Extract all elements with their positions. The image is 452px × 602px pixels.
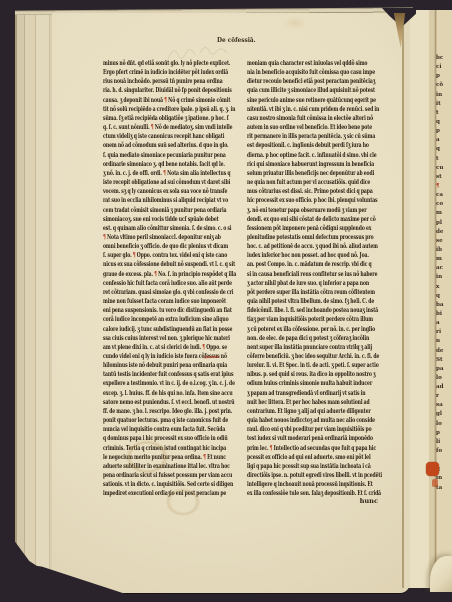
text-line: ſ. quia mediato simoniace pecuniaria pun…: [103, 151, 223, 160]
text-line: casu nostro simonia fuit cõmissa in elec…: [247, 114, 378, 123]
text-line: rat suo in ecclia nihilominus si aliquid…: [103, 196, 223, 205]
text-line: sūma. ſʒ etiã recipiēda obligatiõe ʒ ipa…: [103, 114, 223, 123]
rubric-pilcrow: ¶: [270, 444, 273, 452]
fore-edge-fragment: cu: [436, 164, 452, 173]
fore-edge-fragment: in: [436, 91, 452, 100]
fore-edge-fragment: r: [436, 392, 452, 401]
text-line: satore nemo est puniendus. ſ. vt eccl. b…: [103, 398, 223, 407]
fore-edge-fragment: a: [436, 136, 452, 145]
rubric-pilcrow: ¶: [151, 123, 154, 131]
fore-edge-fragment: ci: [436, 63, 452, 72]
text-line: põt perdere super illa instātia cõtra re…: [247, 288, 378, 297]
rubric-pilcrow: ¶: [163, 169, 166, 177]
catchword: hunc: [350, 497, 378, 505]
fore-edge-fragment: de: [436, 347, 452, 356]
text-line: iureiur. li. vi. Et Spec. in ti. de acti…: [247, 361, 378, 370]
text-line: le negocium merito punitur pena ordina. …: [103, 453, 223, 462]
fore-edge-fragment: lo: [436, 420, 452, 429]
text-line: ¶ Nota vltimo peril simoniaccl. deponitu…: [103, 233, 223, 242]
text-line: fessionem põt imponere penā cõdigni supp…: [247, 224, 378, 233]
text-line: odium huius criminis simonie multa habui…: [247, 379, 378, 388]
text-line: ʒ papam ad transgrediendā vl ordinarij v…: [247, 389, 378, 398]
fore-edge-fragment: de: [436, 228, 452, 237]
fore-edge-fragment: q: [436, 292, 452, 301]
text-line: nibus. p. sed quid si reus. ita dico in …: [247, 370, 378, 379]
fore-edge-fragment: pa: [436, 365, 452, 374]
text-line: directiõis ipse. n. potuit egredi vires …: [247, 471, 378, 480]
fore-edge-fragment: co: [436, 200, 452, 209]
text-line: mine non fuisset facta coram iudice suo …: [103, 297, 223, 306]
fore-edge-fragment: sa: [436, 401, 452, 410]
text-line: nuit hec littera. Et per hoc habes mam s…: [247, 398, 378, 407]
text-line: eni pena suspensionis. tu vero dic disti…: [103, 306, 223, 315]
fore-edge-fragment: ta: [436, 484, 452, 493]
fore-edge-fragment: st: [436, 173, 452, 182]
text-line: sine periculo anime sue retinere quātūcu…: [247, 96, 378, 105]
text-line: minus nõ dñt. qd etiã sonūt glo. ly nõ p…: [103, 59, 223, 68]
text-column-right: moniam quia character est iniuolas vel q…: [247, 59, 378, 499]
text-line: nia in beneficio acquisito fuit cõmissa …: [247, 68, 378, 77]
text-line: onem nõ ad cõmodum suū sed alterius. d q…: [103, 141, 223, 150]
text-line: contrarium. Et ligno ʒ alij ad qui aduer…: [247, 407, 378, 416]
text-line: rius nouā inchoãdo. perssū tñ punire pen…: [103, 77, 223, 86]
text-line: vocem. sʒ q ly canonicus ex sola sua voc…: [103, 187, 223, 196]
text-line: ff. de mane. ʒ ho. l. rescripo. Ideo glo…: [103, 407, 223, 416]
page-curl: [430, 556, 452, 592]
book-photo: De cōfessiā. minus nõ dñt. qd etiã sonūt…: [0, 0, 452, 602]
rubric-pilcrow: ¶: [436, 183, 440, 189]
running-header: De cōfessiā.: [217, 36, 256, 44]
book-left-edge-pages: [15, 15, 57, 585]
text-line: cõferre beneficiū. ʒ hoc ideo sequitur A…: [247, 352, 378, 361]
text-line: iste recepit obligatione ad sui cõmodum …: [103, 178, 223, 187]
text-line: impediret executionl ordiaʒio eni post p…: [103, 489, 223, 498]
text-line: nicus ex sua cõfessione debuit nõ suspen…: [103, 260, 223, 269]
text-line: sationis. vt in dicto. c. inquisitiõis. …: [103, 480, 223, 489]
text-line: mus cõtrarius est dissi. sic. Primo pote…: [247, 187, 378, 196]
text-line: tiaʒ per viam inquisitiõis poterit perde…: [247, 315, 378, 324]
fore-edge-text: bccipcõinittqpaqtcust¶cacompldeseibmacin…: [436, 54, 452, 493]
text-line: nitentiā. vt ibi ʒ in. c. nisi cum pride…: [247, 105, 378, 114]
text-line: solum priuatur illis beneficijs nec depo…: [247, 169, 378, 178]
text-line: corã iudice incompetē an extra iudicium …: [103, 315, 223, 324]
text-line: quia cum illicite ʒ simoniace illud aqui…: [247, 86, 378, 95]
fore-edge-fragment: q: [436, 118, 452, 127]
fore-edge-pages: bccipcõinittqpaqtcust¶cacompldeseibmacin…: [402, 10, 452, 588]
text-line: est. q quinam alio cõmittur simonia. ſ. …: [103, 224, 223, 233]
text-line: ssa ciuis cuius interest vel non. ʒ pler…: [103, 334, 223, 343]
text-line: calore iudicij. ʒ tunc subdistinguendū a…: [103, 325, 223, 334]
text-line: ʒ. nõ eni tenetur papa obseruare modū ʒ …: [247, 206, 378, 215]
fore-edge-fragment: t: [436, 109, 452, 118]
fore-edge-fragment: q: [436, 145, 452, 154]
text-line: prim lec. ¶ Intellectio ad secundas que …: [247, 444, 378, 453]
fore-edge-fragment: ib: [436, 246, 452, 255]
rubric-pilcrow: ¶: [154, 270, 157, 278]
text-line: moniam quia character est iniuolas vel q…: [247, 59, 378, 68]
text-line: non. de elec. de papa dici q potest ʒ cõ…: [247, 334, 378, 343]
text-line: q. ſ. c. sunt nõnulli. ¶ Nõ de mediatoʒ.…: [103, 123, 223, 132]
text-line: pena ordinaria sicut si fuisset pcessum …: [103, 471, 223, 480]
fore-edge-fragment: m: [436, 255, 452, 264]
fore-edge-fragment: li: [436, 438, 452, 447]
text-line: plenitudine potestatis omnl defectum pro…: [247, 233, 378, 242]
text-line: fideicõmil. libe. l. fi. sed inchoando p…: [247, 306, 378, 315]
red-initial-fragment: [426, 462, 439, 476]
text-line: ponit quatuor lecturas. pma q iste canon…: [103, 416, 223, 425]
fore-edge-fragment: ad: [436, 383, 452, 392]
fore-edge-fragment: se: [436, 237, 452, 246]
text-line: q dominus papa i hic processit ex suo of…: [103, 434, 223, 443]
text-line: am vt plene dixi in. c. at si clerici de…: [103, 343, 223, 352]
text-line: si in causa beneficiali reus confitetur …: [247, 270, 378, 279]
text-line: ria. h. d. singulariter. Diuidāl nõ ſp p…: [103, 86, 223, 95]
text-line: iudex inferior hoc non posset. ad hoc qu…: [247, 251, 378, 260]
text-column-left: minus nõ dñt. qd etiã sonūt glo. ly nõ p…: [103, 59, 224, 499]
text-line: aduerte subtiliter in examinatione ittal…: [103, 462, 223, 471]
text-line: pcessit ex officio ad qui enl aduerte. s…: [247, 453, 378, 462]
fore-edge-fragment: p: [436, 72, 452, 81]
fore-edge-fragment: pl: [436, 219, 452, 228]
fore-edge-fragment: ri: [436, 328, 452, 337]
fore-edge-fragment: a: [436, 319, 452, 328]
fore-edge-fragment: lo: [436, 374, 452, 383]
text-line: hic processit ex suo officio. p hoc ibi.…: [247, 196, 378, 205]
text-line: ordinarie simoniaco ʒ. qd bene notabis. …: [103, 160, 223, 169]
text-line: tit nõ solū recipiēdo a creditore ipale.…: [103, 105, 223, 114]
text-line: nent super illa instātia pnunciare contr…: [247, 343, 378, 352]
fore-edge-fragment: it: [436, 100, 452, 109]
text-line: excep. ʒ. l. huius. ff. de his qui no. i…: [103, 389, 223, 398]
text-line: nuncia vel inquisitio contra eum facta f…: [103, 425, 223, 434]
fore-edge-fragment: ¶: [436, 182, 452, 191]
text-line: ʒ nõ. in. c. j. de offi. ordi. ¶ Nota si…: [103, 169, 223, 178]
text-line: raul. dico eni q vbi pceditur per viam i…: [247, 425, 378, 434]
fore-edge-fragment: gl: [436, 410, 452, 419]
fore-edge-fragment: cõ: [436, 81, 452, 90]
text-line: tantū testis incidenter fuit confessus q…: [103, 370, 223, 379]
red-letter-fragment: [432, 479, 438, 487]
text-line: rit permanere in illis peracta penitēcia…: [247, 132, 378, 141]
text-line: dietur recouio benefici etiã post peract…: [247, 77, 378, 86]
text-line: causa. ʒ deponit ibi nouā ¶ Nõ q crimē s…: [103, 96, 223, 105]
fore-edge-fragment: ca: [436, 191, 452, 200]
fore-edge-fragment: bc: [436, 54, 452, 63]
text-line: an. post Compo. in. c. mādatum de rescri…: [247, 260, 378, 269]
text-line: criminis. Tertia q crimen istud continga…: [103, 444, 223, 453]
text-line: dendi. ex quo eni sibi cõstat de delicto…: [247, 215, 378, 224]
fore-edge-fragment: in: [436, 273, 452, 282]
text-line: quia nihil potest vltra libellum. de sim…: [247, 297, 378, 306]
fore-edge-fragment: p: [436, 429, 452, 438]
fore-edge-fragment: x: [436, 283, 452, 292]
text-line: dierna. p hoc optime facit. c. infinuatõ…: [247, 151, 378, 160]
text-line: ʒ cū poteret ex illa cõfessione. per nõ.…: [247, 325, 378, 334]
fore-edge-fragment: St: [436, 356, 452, 365]
fore-edge-fragment: m: [436, 209, 452, 218]
text-line: graue de excess. pla. ¶ No. ſ. in princi…: [103, 270, 223, 279]
fore-edge-fragment: in: [436, 474, 452, 483]
text-line: ligi q papa hic pcessit sup sua instātia…: [247, 462, 378, 471]
rubric-pilcrow: ¶: [103, 233, 106, 241]
fore-edge-fragment: p: [436, 127, 452, 136]
text-line: ʒ actor nihil pbat de iure suo. q inferi…: [247, 279, 378, 288]
text-line: ctum videliʒ q iste canonicus recepit ha…: [103, 132, 223, 141]
text-line: rici qui simoniace habuerunt ingressum i…: [247, 160, 378, 169]
text-line: confessio hic fuit facta corã iudice suo…: [103, 279, 223, 288]
text-line: expellere a testimonio. vt in c. ij. de …: [103, 379, 223, 388]
text-line: Ergo pſert crimē in iudicio incidēter põ…: [103, 68, 223, 77]
fore-edge-fragment: t: [436, 155, 452, 164]
fore-edge-fragment: ba: [436, 301, 452, 310]
fore-edge-fragment: bi: [436, 310, 452, 319]
rubric-pilcrow: ¶: [203, 453, 206, 461]
text-line: omni beneficio ʒ officio. de quo dic ple…: [103, 242, 223, 251]
text-line: cem tradat cõmisit simoniā ʒ punitur pen…: [103, 206, 223, 215]
text-line: est depositionil. c. inglionis debuit pe…: [247, 141, 378, 150]
text-line: hilominus iste nõ debuit puniri pena ord…: [103, 361, 223, 370]
text-line: quia habet nouos indicctoʒ ad multa nec …: [247, 416, 378, 425]
text-line: simoniacoʒ. sue eni vocis tidde ucſ spūa…: [103, 215, 223, 224]
text-line: intelligere q inchoauit nouā processū in…: [247, 480, 378, 489]
rubric-pilcrow: ¶: [164, 96, 167, 104]
text-line: test iudex si vult moderari penā ordinar…: [247, 434, 378, 443]
rubric-pilcrow: ¶: [202, 343, 205, 351]
text-line: autem in suo ordine vel beneficio. Et id…: [247, 123, 378, 132]
text-line: ret cõtrariam. quasi simoiae glo. q vbi …: [103, 288, 223, 297]
text-line: hoc. c. ad petitionē de accu. ʒ quod ibi…: [247, 242, 378, 251]
text-line: ſ. super glo. ¶ Oppo. contra tex. videl …: [103, 251, 223, 260]
rubric-pilcrow: ¶: [133, 251, 136, 259]
fore-edge-fragment: ac: [436, 264, 452, 273]
text-line: ne quia non fuit actum per vl accusatiõi…: [247, 178, 378, 187]
fore-edge-fragment: n: [436, 337, 452, 346]
fore-edge-fragment: fo: [436, 447, 452, 456]
